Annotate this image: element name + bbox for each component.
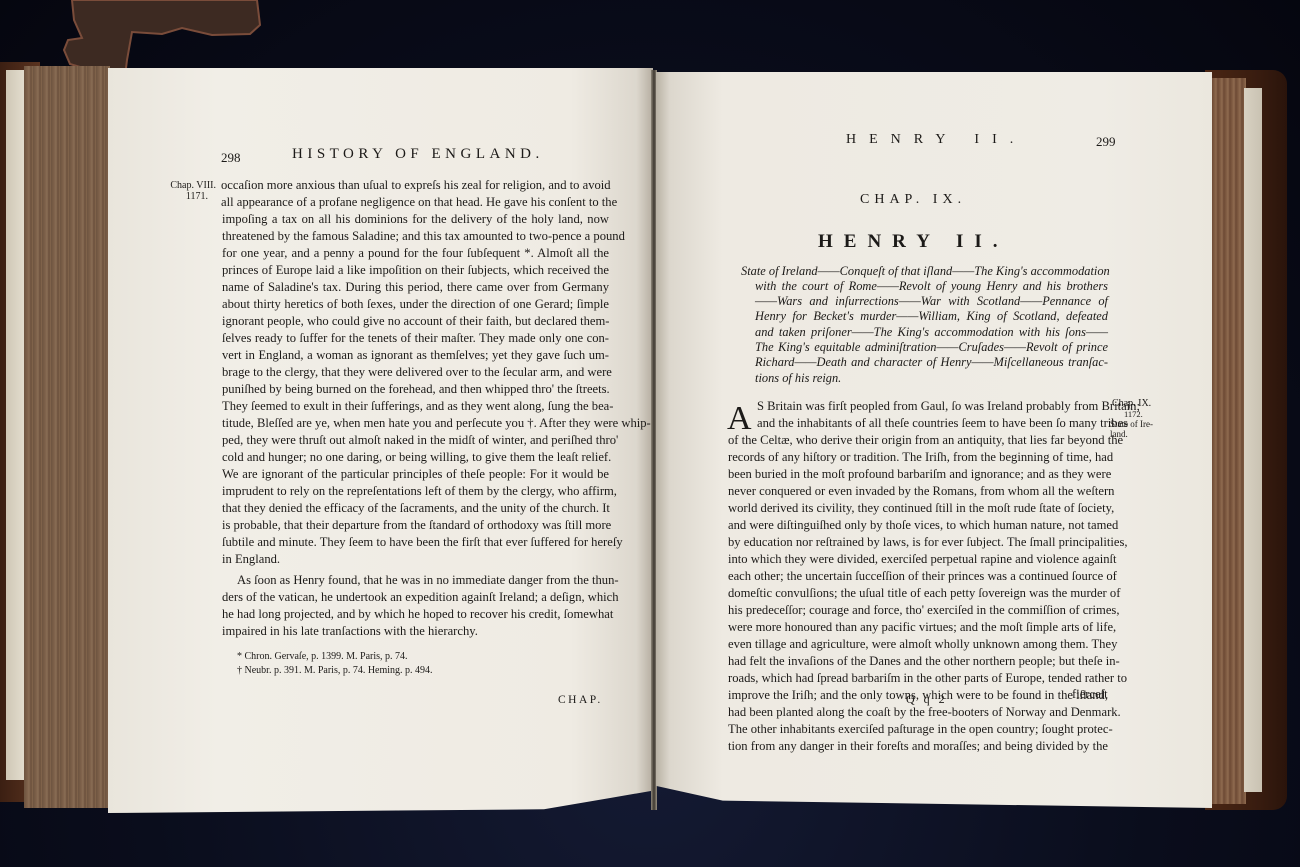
text-line: were more honoured than any pacific virt… <box>728 619 1108 636</box>
text-line: even tillage and agriculture, were almoſ… <box>728 636 1108 653</box>
summary-line: The King's equitable adminiſtration——Cru… <box>755 340 1108 355</box>
text-line: never conquered or even invaded by the R… <box>728 483 1108 500</box>
endpaper-left <box>6 70 26 780</box>
text-line: occaſion more anxious than uſual to expr… <box>221 177 609 194</box>
summary-line: Richard——Death and character of Henry——M… <box>755 355 1108 370</box>
text-line: ders of the vatican, he undertook an exp… <box>222 589 609 606</box>
right-margin-chapter: Chap. IX. <box>1112 398 1151 409</box>
text-line: that they denied the efficacy of the ſac… <box>222 500 609 517</box>
text-line: We are ignorant of the particular princi… <box>222 466 609 483</box>
text-line: into which they were divided, exerciſed … <box>728 551 1108 568</box>
king-title: HENRY II. <box>818 231 1009 253</box>
text-line: each other; the uncertain ſucceſſion of … <box>728 568 1108 585</box>
left-margin-year: 1171. <box>160 191 208 202</box>
summary-line: with the court of Rome——Revolt of young … <box>755 279 1108 294</box>
endpaper-right <box>1244 88 1262 792</box>
summary-line: and taken priſoner——The King's accommoda… <box>755 325 1108 340</box>
text-line: impoſing a tax on all his dominions for … <box>222 211 609 228</box>
summary-line: Henry for Becket's murder——William, King… <box>755 309 1108 324</box>
text-line: domeſtic convulſions; the uſual title of… <box>728 585 1108 602</box>
drop-cap: A <box>727 404 752 434</box>
text-line: ſelves ready to ſuffer for the tenets of… <box>222 330 609 347</box>
text-line: princes of Europe laid a like impoſition… <box>222 262 609 279</box>
text-line: had felt the invaſions of the Danes and … <box>728 653 1108 670</box>
page-stack-left <box>24 66 110 808</box>
text-line: They ſeemed to exult in their ſufferings… <box>222 398 609 415</box>
left-running-head: HISTORY OF ENGLAND. <box>292 146 544 163</box>
text-line: impaired in his late tranſactions with t… <box>222 623 478 640</box>
text-line: threatened by the famous Saladine; and t… <box>222 228 609 245</box>
text-line: As ſoon as Henry found, that he was in n… <box>237 572 609 589</box>
signature-mark: Q q 2 <box>906 692 948 707</box>
text-line: of the Celtæ, who derive their origin fr… <box>728 432 1108 449</box>
text-line: name of Saladine's tax. During this peri… <box>222 279 609 296</box>
text-line: titude, Bleſſed are ye, when men hate yo… <box>222 415 609 432</box>
text-line: vert in England, a woman as ignorant as … <box>222 347 609 364</box>
text-line: puniſhed by being burned on the forehead… <box>222 381 609 398</box>
text-line: brage to the clergy, that they were deli… <box>222 364 609 381</box>
summary-line: ——Wars and inſurrections——War with Scotl… <box>755 294 1108 309</box>
footnote-1: * Chron. Gervaſe, p. 1399. M. Paris, p. … <box>237 650 408 663</box>
right-margin-topic-cont: land. <box>1110 429 1128 440</box>
text-line: and the inhabitants of all theſe countri… <box>757 415 1108 432</box>
text-line: The other inhabitants exerciſed paſturag… <box>728 721 1108 738</box>
right-page-number: 299 <box>1096 134 1116 150</box>
text-line: about thirty heretics of both ſexes, und… <box>222 296 609 313</box>
text-line: cold and hunger; no one daring, or being… <box>222 449 609 466</box>
text-line: ſubtile and minute. They ſeem to have be… <box>222 534 609 551</box>
page-stack-right <box>1212 78 1246 804</box>
summary-line: State of Ireland——Conqueſt of that iſlan… <box>741 264 1108 279</box>
text-line: ped, they were thruſt out almoſt naked i… <box>222 432 609 449</box>
footnote-2: † Neubr. p. 391. M. Paris, p. 74. Heming… <box>237 664 433 677</box>
text-line: and were diſtinguiſhed only by thoſe vic… <box>728 517 1108 534</box>
text-line: records of any hiſtory or tradition. The… <box>728 449 1108 466</box>
text-line: ignorant people, who could give no accou… <box>222 313 609 330</box>
text-line: he had long projected, and by which he h… <box>222 606 609 623</box>
text-line: by education nor reſtrained by laws, is … <box>728 534 1108 551</box>
chapter-title: CHAP. IX. <box>860 192 966 208</box>
left-page-number: 298 <box>221 150 241 166</box>
text-line: is probable, that their departure from t… <box>222 517 609 534</box>
text-line: all appearance of a profane negligence o… <box>221 194 609 211</box>
right-running-head: HENRY II. <box>846 132 1026 148</box>
text-line: for one year, and a penny a pound for th… <box>222 245 609 262</box>
left-margin-chapter: Chap. VIII. <box>160 180 216 191</box>
right-catchword: fierceſt <box>1072 686 1108 703</box>
text-line: world derived its civility, they continu… <box>728 500 1108 517</box>
text-line: roads, which had ſpread barbariſm in the… <box>728 670 1108 687</box>
text-line: S Britain was firſt peopled from Gaul, ſ… <box>757 398 1108 415</box>
left-catchword: CHAP. <box>558 694 603 706</box>
text-line: been buried in the moſt profound barbari… <box>728 466 1108 483</box>
text-line: imprudent to rely on the repreſentations… <box>222 483 609 500</box>
text-line: tion from any danger in their foreſts an… <box>728 738 1108 755</box>
summary-line: tions of his reign. <box>755 371 841 386</box>
text-line: in England. <box>222 551 280 568</box>
text-line: his predeceſſor; courage and force, tho'… <box>728 602 1108 619</box>
